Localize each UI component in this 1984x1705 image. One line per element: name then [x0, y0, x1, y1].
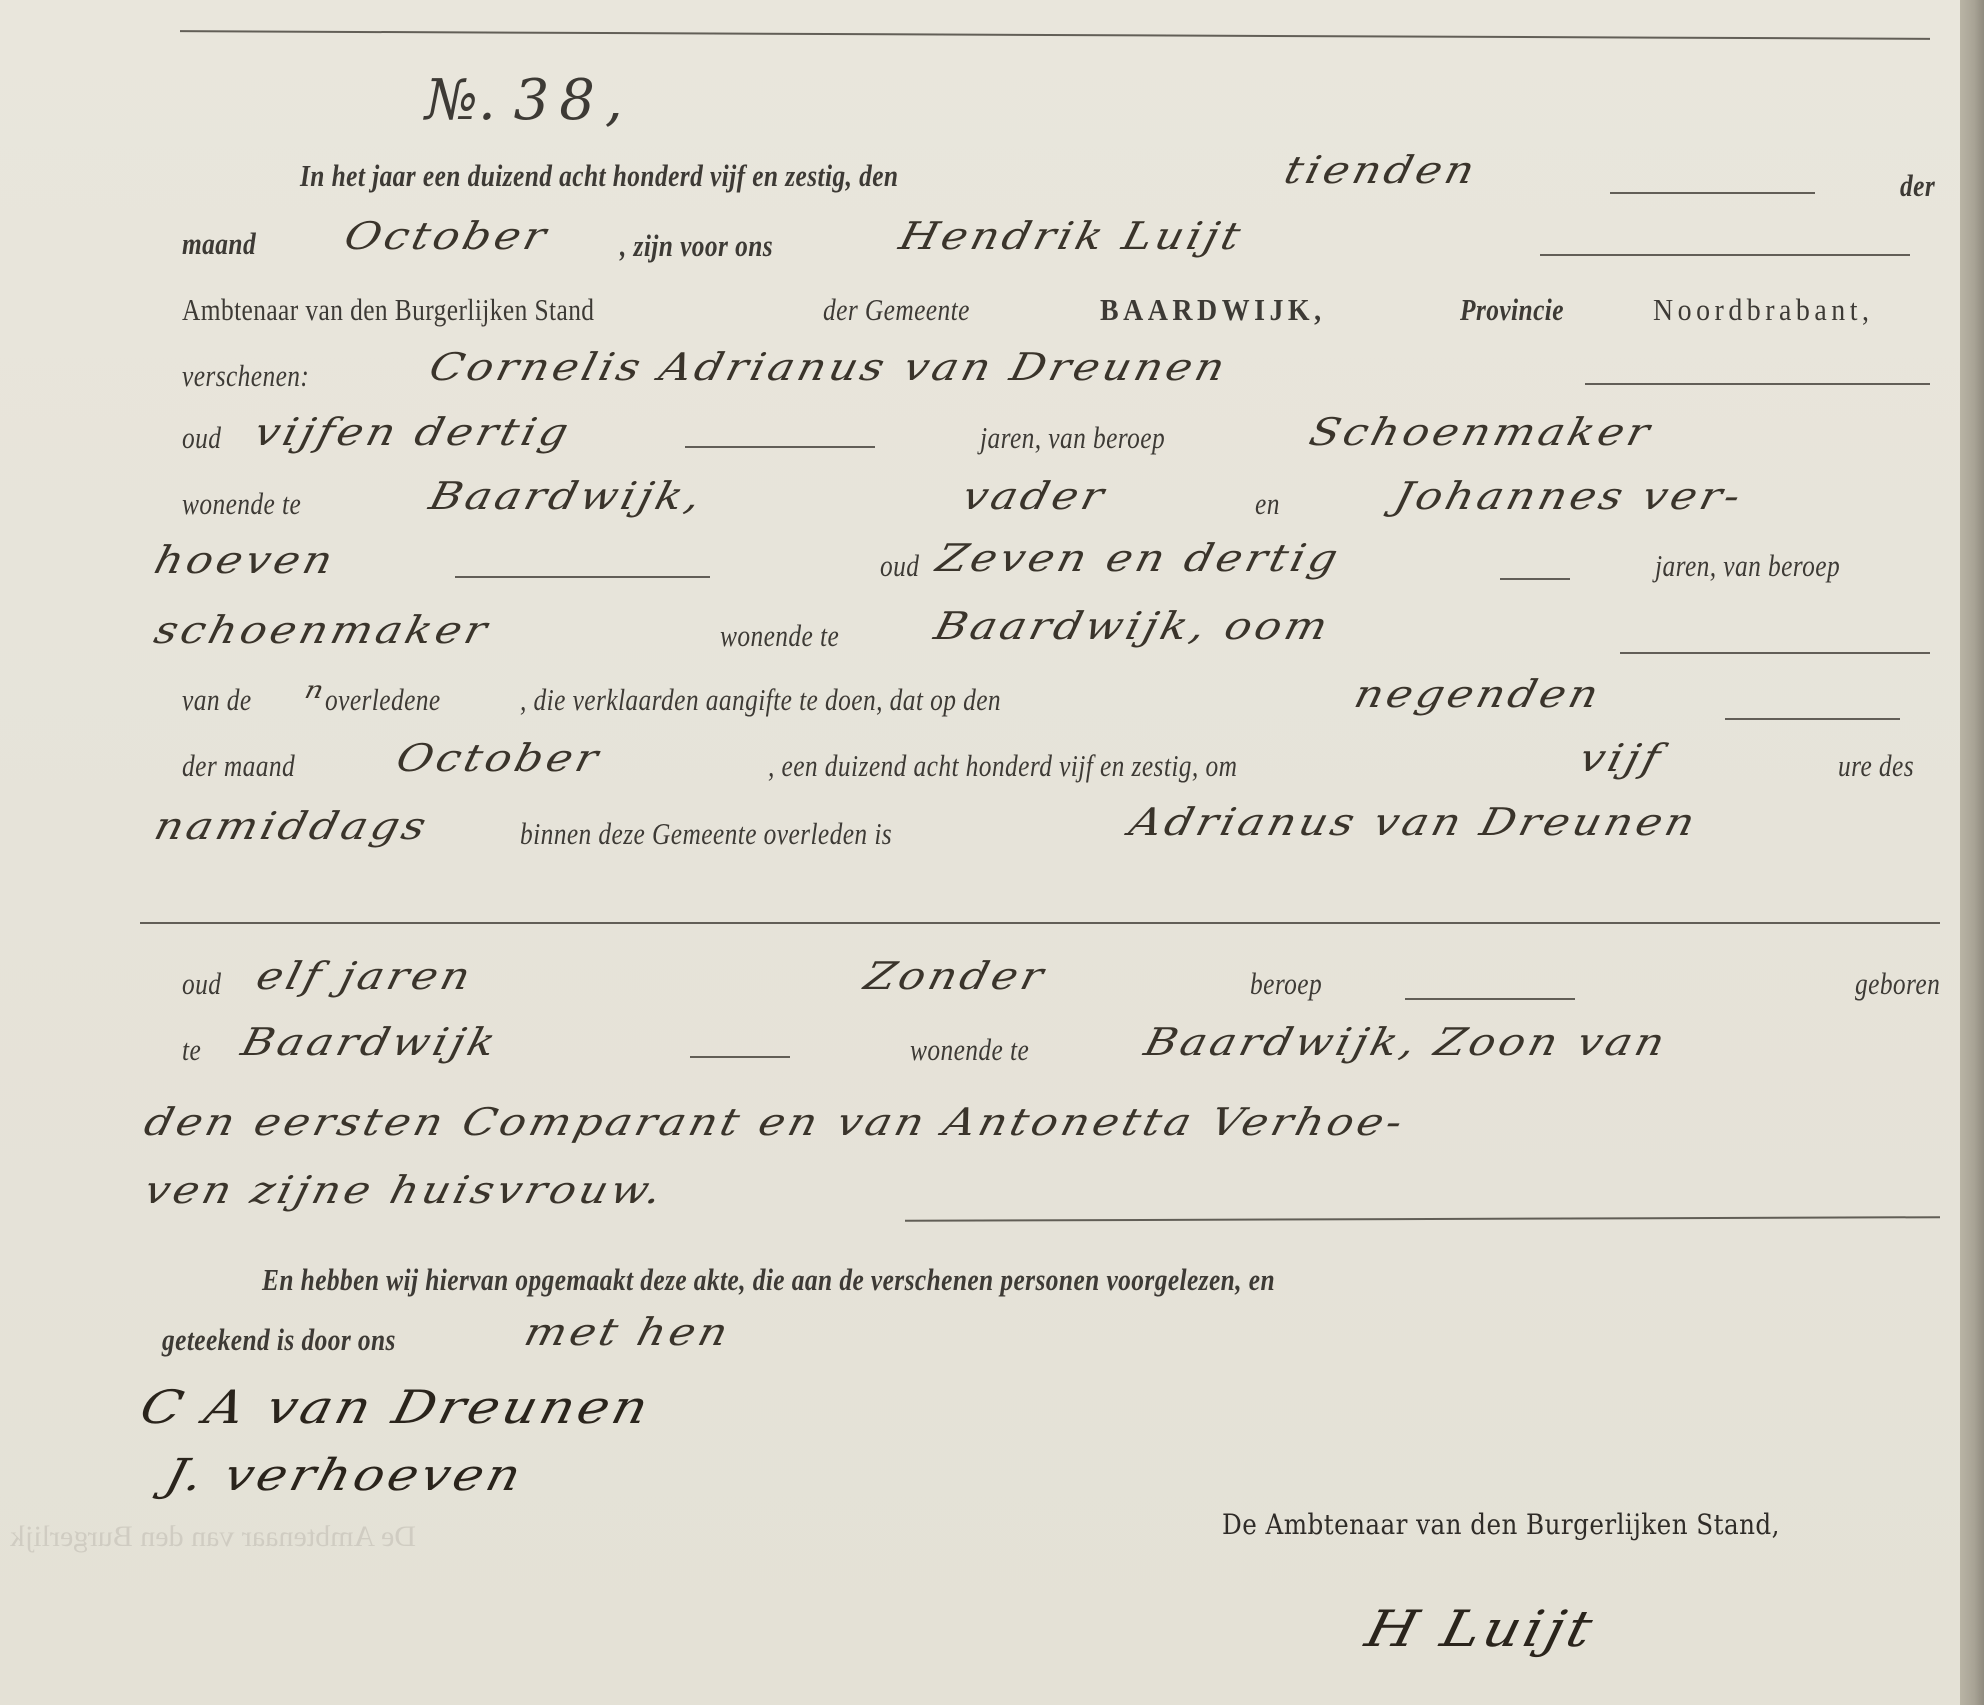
line15-fill	[905, 1216, 1940, 1222]
parents-line: den eersten Comparant en van Antonetta V…	[140, 1100, 1410, 1144]
line12-beroep: beroep	[1250, 966, 1322, 1002]
record-number-label: №.	[425, 68, 496, 133]
line6-en: en	[1255, 486, 1280, 522]
closing-line-1: En hebben wij hiervan opgemaakt deze akt…	[262, 1262, 1275, 1298]
declarant1-name: Cornelis Adrianus van Dreunen	[425, 345, 1233, 389]
province: Noordbrabant,	[1653, 292, 1873, 328]
line12-fill	[1405, 998, 1575, 1000]
line1-der: der	[1900, 168, 1935, 204]
line5-printed: jaren, van beroep	[980, 420, 1165, 456]
death-daypart: namiddags	[150, 804, 434, 848]
deceased-occupation: Zonder	[860, 954, 1051, 998]
declarant2-occupation: schoenmaker	[150, 608, 495, 652]
document-page: №. 38, In het jaar een duizend acht hond…	[0, 0, 1960, 1705]
line2-fill	[1540, 254, 1910, 256]
parents-line-2: ven zijne huisvrouw.	[140, 1168, 670, 1212]
closing-line-2: geteekend is door ons	[162, 1322, 396, 1358]
municipality: BAARDWIJK,	[1100, 292, 1326, 328]
declarant1-residence: Baardwijk,	[425, 474, 709, 518]
line9-fill	[1725, 718, 1900, 720]
deceased-name: Adrianus van Dreunen	[1125, 800, 1703, 844]
line1-hand-day: tienden	[1280, 148, 1482, 192]
line9-overledene: overledene	[325, 682, 441, 718]
line2-hand-official: Hendrik Luijt	[895, 214, 1248, 258]
line4-verschenen: verschenen:	[182, 358, 309, 394]
signature-official: H Luijt	[1360, 1600, 1601, 1658]
official-title: De Ambtenaar van den Burgerlijken Stand,	[1222, 1508, 1780, 1541]
line8-wonende: wonende te	[720, 618, 839, 654]
line7-oud: oud	[880, 548, 919, 584]
line5-oud: oud	[182, 420, 221, 456]
declarant2-name-b: hoeven	[150, 538, 340, 582]
line13-wonende: wonende te	[910, 1032, 1029, 1068]
deceased-age: elf jaren	[252, 954, 478, 998]
line2-printed: , zijn voor ons	[620, 228, 773, 264]
declarant1-relation: vader	[958, 474, 1111, 518]
declarant1-age: vijfen dertig	[250, 410, 576, 454]
book-binding-edge	[1960, 0, 1984, 1705]
declarant2-name-a: Johannes ver-	[1390, 474, 1748, 518]
line12-geboren: geboren	[1855, 966, 1940, 1002]
line2-maand: maand	[182, 226, 256, 262]
line1-printed: In het jaar een duizend acht honderd vij…	[300, 158, 898, 194]
declarant2-residence: Baardwijk, oom	[930, 604, 1335, 648]
death-hour: vijf	[1575, 736, 1668, 780]
line13-te: te	[182, 1032, 201, 1068]
death-month: October	[392, 736, 606, 780]
line11-printed: binnen deze Gemeente overleden is	[520, 816, 892, 852]
line10-uredes: ure des	[1838, 748, 1914, 784]
record-number-value: 38,	[514, 68, 633, 133]
line9-vande: van de	[182, 682, 252, 718]
line12-oud: oud	[182, 966, 221, 1002]
birthplace: Baardwijk	[237, 1020, 503, 1064]
line3-provincie: Provincie	[1460, 292, 1564, 328]
line10-printed: , een duizend acht honderd vijf en zesti…	[768, 748, 1237, 784]
line13-fill	[690, 1056, 790, 1058]
line2-hand-month: October	[340, 214, 554, 258]
line7-fill	[455, 576, 710, 578]
bleed-through-text: De Ambtenaar van den Burgerlijk	[10, 1520, 416, 1554]
line4-fill	[1585, 383, 1930, 385]
line3-printed: Ambtenaar van den Burgerlijken Stand	[182, 292, 594, 328]
line8-fill	[1620, 652, 1930, 654]
top-rule	[180, 30, 1930, 40]
line1-fill	[1610, 192, 1815, 194]
declarant2-age: Zeven en dertig	[932, 536, 1345, 580]
line3-gemeente: der Gemeente	[823, 292, 970, 328]
record-number: №. 38,	[425, 68, 633, 133]
line7-fill-b	[1500, 578, 1570, 580]
death-day: negenden	[1350, 672, 1606, 716]
line12-fill-full	[140, 922, 1940, 924]
line7-printed: jaren, van beroep	[1655, 548, 1840, 584]
line5-fill	[685, 446, 875, 448]
line10-dermaand: der maand	[182, 748, 295, 784]
deceased-residence: Baardwijk, Zoon van	[1140, 1020, 1672, 1064]
declarant1-occupation: Schoenmaker	[1305, 410, 1657, 454]
line9-printed: , die verklaarden aangifte te doen, dat …	[520, 682, 1001, 718]
closing-hand: met hen	[520, 1310, 736, 1354]
signature-declarant-1: C A van Dreunen	[135, 1380, 657, 1434]
signature-declarant-2: J. verhoeven	[160, 1450, 529, 1501]
line6-wonende: wonende te	[182, 486, 301, 522]
